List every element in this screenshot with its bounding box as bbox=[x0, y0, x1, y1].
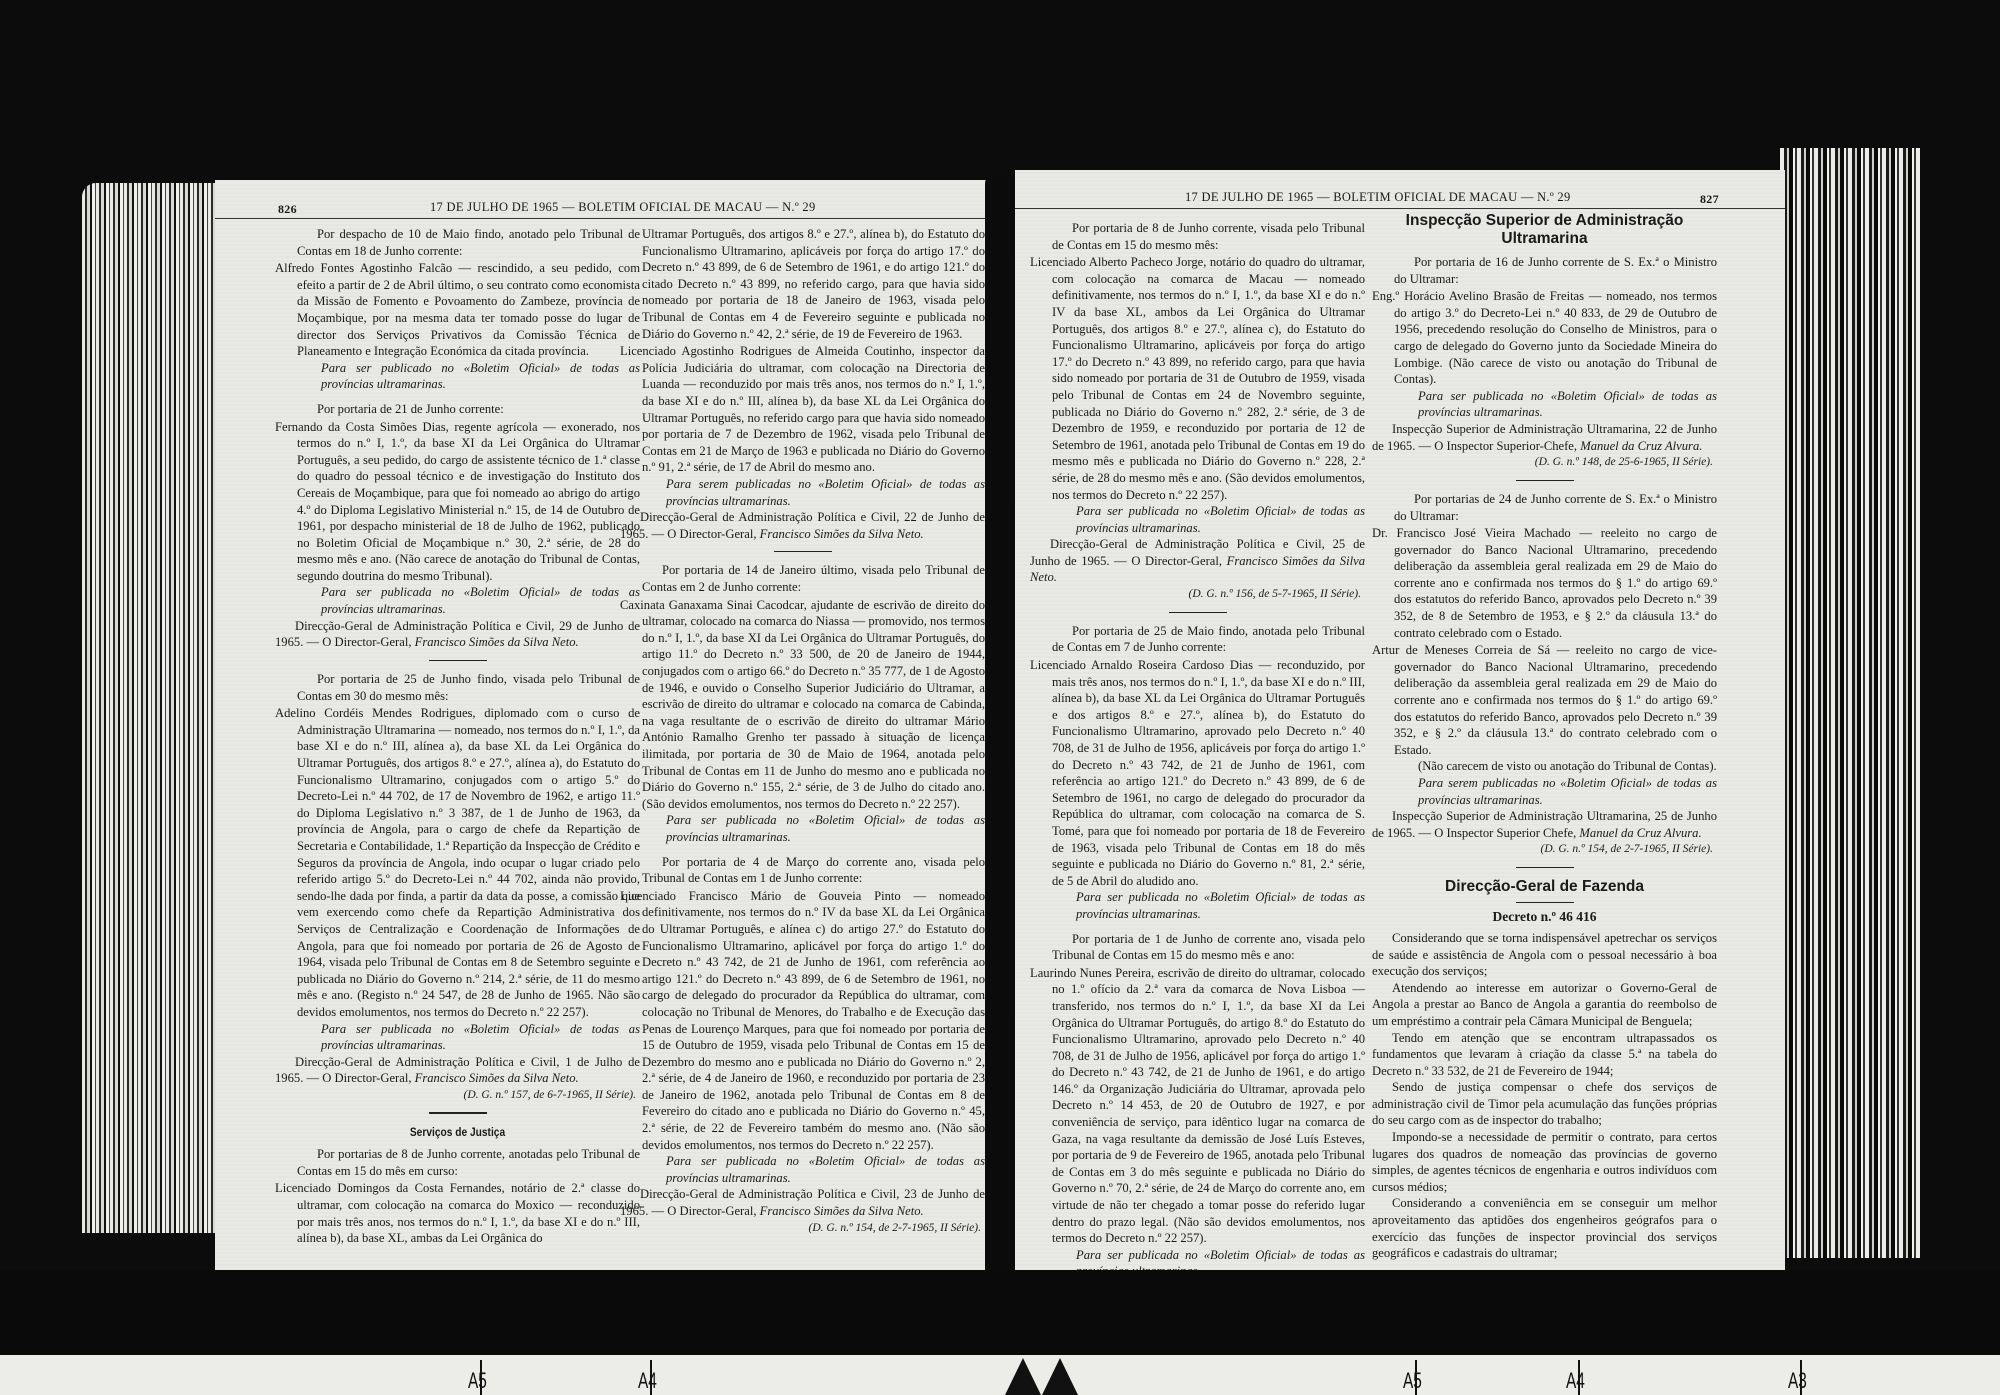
publication-note: Para ser publicada no «Boletim Oficial» … bbox=[275, 1021, 640, 1054]
reference-text: (D. G. n.º 157, de 6-7-1965, II Série). bbox=[463, 1089, 636, 1101]
paragraph-entry: Fernando da Costa Simões Dias, regente a… bbox=[275, 419, 640, 585]
paragraph-intro: Por portarias de 24 de Junho corrente de… bbox=[1372, 491, 1717, 524]
decree-title: Decreto n.º 46 416 bbox=[1372, 909, 1717, 926]
center-marker-left-icon bbox=[1005, 1358, 1041, 1395]
reference-text: (D. G. n.º 154, de 2-7-1965, II Série). bbox=[1540, 843, 1713, 855]
right-page: 17 DE JULHO DE 1965 — BOLETIM OFICIAL DE… bbox=[1015, 170, 1785, 1290]
decree-paragraph: Considerando que se torna indispensável … bbox=[1372, 930, 1717, 980]
paragraph-entry: Adelino Cordéis Mendes Rodrigues, diplom… bbox=[275, 705, 640, 1020]
visa-note: (Não carecem de visto ou anotação do Tri… bbox=[1372, 758, 1717, 775]
paragraph-continuation: Ultramar Português, dos artigos 8.º e 27… bbox=[620, 226, 985, 342]
decree-paragraph: Tendo em atenção que se encontram ultrap… bbox=[1372, 1030, 1717, 1080]
decree-paragraph: Atendendo ao interesse em autorizar o Go… bbox=[1372, 980, 1717, 1030]
center-marker-right-icon bbox=[1042, 1358, 1078, 1395]
publication-note: Para ser publicada no «Boletim Oficial» … bbox=[620, 1153, 985, 1186]
reference-citation: (D. G. n.º 156, de 5-7-1965, II Série). bbox=[1030, 586, 1365, 603]
film-mark-label: A5 bbox=[1403, 1368, 1422, 1394]
signature-line: Direcção-Geral de Administração Política… bbox=[275, 1054, 640, 1087]
paragraph-intro: Por portaria de 8 de Junho corrente, vis… bbox=[1030, 220, 1365, 253]
paragraph-entry: Eng.º Horácio Avelino Brasão de Freitas … bbox=[1372, 288, 1717, 388]
publication-note: Para ser publicada no «Boletim Oficial» … bbox=[275, 584, 640, 617]
publication-note: Para ser publicada no «Boletim Oficial» … bbox=[1372, 388, 1717, 421]
paragraph-entry: Laurindo Nunes Pereira, escrivão de dire… bbox=[1030, 965, 1365, 1247]
scan-shadow bbox=[0, 1270, 2000, 1360]
paragraph-entry: Licenciado Arnaldo Roseira Cardoso Dias … bbox=[1030, 657, 1365, 889]
signature-name: Francisco Simões da Silva Neto. bbox=[760, 1204, 924, 1218]
microfilm-book-scan: 826 17 DE JULHO DE 1965 — BOLETIM OFICIA… bbox=[0, 0, 2000, 1395]
signature-name: Francisco Simões da Silva Neto. bbox=[415, 635, 579, 649]
right-column-2: Inspecção Superior de Administração Ultr… bbox=[1372, 210, 1717, 1262]
film-strip-border bbox=[0, 1355, 2000, 1395]
right-running-head: 17 DE JULHO DE 1965 — BOLETIM OFICIAL DE… bbox=[1015, 182, 1785, 209]
section-title: Direcção-Geral de Fazenda bbox=[1372, 878, 1717, 896]
running-head-title: 17 DE JULHO DE 1965 — BOLETIM OFICIAL DE… bbox=[430, 200, 816, 215]
publication-note: Para ser publicada no «Boletim Oficial» … bbox=[1030, 503, 1365, 536]
film-mark-label: A4 bbox=[638, 1368, 657, 1394]
signature-name: Manuel da Cruz Alvura. bbox=[1580, 439, 1702, 453]
page-number: 827 bbox=[1700, 192, 1719, 207]
decree-paragraph: Considerando a conveniência em se conseg… bbox=[1372, 1195, 1717, 1261]
paragraph-entry: Licenciado Alberto Pacheco Jorge, notári… bbox=[1030, 254, 1365, 503]
signature-line: Inspecção Superior de Administração Ultr… bbox=[1372, 808, 1717, 841]
paragraph-entry: Licenciado Domingos da Costa Fernandes, … bbox=[275, 1180, 640, 1246]
right-page-edges bbox=[1780, 148, 1920, 1258]
paragraph-intro: Por portaria de 16 de Junho corrente de … bbox=[1372, 254, 1717, 287]
reference-citation: (D. G. n.º 154, de 2-7-1965, II Série). bbox=[1372, 841, 1717, 858]
paragraph-entry: Caxinata Ganaxama Sinai Cacodcar, ajudan… bbox=[620, 597, 985, 813]
reference-citation: (D. G. n.º 157, de 6-7-1965, II Série). bbox=[275, 1087, 640, 1104]
divider bbox=[774, 551, 832, 552]
section-title: Inspecção Superior de Administração Ultr… bbox=[1372, 212, 1717, 248]
signature-line: Direcção-Geral de Administração Política… bbox=[620, 1186, 985, 1219]
reference-text: (D. G. n.º 154, de 2-7-1965, II Série). bbox=[808, 1222, 981, 1234]
page-number: 826 bbox=[278, 202, 297, 217]
decree-preamble: Considerando que se torna indispensável … bbox=[1372, 930, 1717, 1262]
left-column-2: Ultramar Português, dos artigos 8.º e 27… bbox=[620, 226, 985, 1236]
left-running-head: 826 17 DE JULHO DE 1965 — BOLETIM OFICIA… bbox=[215, 192, 990, 219]
right-column-1: Por portaria de 8 de Junho corrente, vis… bbox=[1030, 220, 1365, 1346]
film-mark-label: A3 bbox=[1788, 1368, 1807, 1394]
signature-line: Inspecção Superior de Administração Ultr… bbox=[1372, 421, 1717, 454]
paragraph-entry: Alfredo Fontes Agostinho Falcão — rescin… bbox=[275, 260, 640, 360]
paragraph-intro: Por portaria de 4 de Março do corrente a… bbox=[620, 854, 985, 887]
paragraph-entry: Licenciado Francisco Mário de Gouveia Pi… bbox=[620, 888, 985, 1154]
signature-line: Direcção-Geral de Administração Política… bbox=[275, 618, 640, 651]
paragraph-intro: Por portaria de 14 de Janeiro último, vi… bbox=[620, 562, 985, 595]
paragraph-entry: Artur de Meneses Correia de Sá — reeleit… bbox=[1372, 642, 1717, 758]
left-page: 826 17 DE JULHO DE 1965 — BOLETIM OFICIA… bbox=[215, 180, 990, 1290]
divider bbox=[1516, 902, 1574, 903]
film-mark-label: A4 bbox=[1566, 1368, 1585, 1394]
publication-note: Para serem publicadas no «Boletim Oficia… bbox=[1372, 775, 1717, 808]
publication-note: Para ser publicada no «Boletim Oficial» … bbox=[620, 812, 985, 845]
signature-line: Direcção-Geral de Administração Política… bbox=[620, 509, 985, 542]
film-mark-label: A5 bbox=[468, 1368, 487, 1394]
publication-note: Para serem publicadas no «Boletim Oficia… bbox=[620, 476, 985, 509]
decree-paragraph: Impondo-se a necessidade de permitir o c… bbox=[1372, 1129, 1717, 1195]
reference-text: (D. G. n.º 148, de 25-6-1965, II Série). bbox=[1535, 456, 1713, 468]
divider bbox=[1516, 480, 1574, 481]
signature-name: Francisco Simões da Silva Neto. bbox=[415, 1071, 579, 1085]
decree-paragraph: Sendo de justiça compensar o chefe dos s… bbox=[1372, 1079, 1717, 1129]
running-head-title: 17 DE JULHO DE 1965 — BOLETIM OFICIAL DE… bbox=[1185, 190, 1571, 205]
reference-citation: (D. G. n.º 148, de 25-6-1965, II Série). bbox=[1372, 454, 1717, 471]
reference-text: (D. G. n.º 156, de 5-7-1965, II Série). bbox=[1188, 588, 1361, 600]
left-page-edges bbox=[82, 183, 222, 1233]
signature-name: Manuel da Cruz Alvura. bbox=[1579, 826, 1701, 840]
publication-note: Para ser publicado no «Boletim Oficial» … bbox=[275, 360, 640, 393]
paragraph-entry: Licenciado Agostinho Rodrigues de Almeid… bbox=[620, 343, 985, 476]
paragraph-intro: Por despacho de 10 de Maio findo, anotad… bbox=[275, 226, 640, 259]
divider bbox=[1169, 612, 1227, 613]
paragraph-intro: Por portaria de 25 de Maio findo, anotad… bbox=[1030, 623, 1365, 656]
divider bbox=[1516, 867, 1574, 868]
paragraph-intro: Por portarias de 8 de Junho corrente, an… bbox=[275, 1146, 640, 1179]
paragraph-intro: Por portaria de 25 de Junho findo, visad… bbox=[275, 671, 640, 704]
section-title: Serviços de Justiça bbox=[302, 1124, 612, 1141]
paragraph-entry: Dr. Francisco José Vieira Machado — reel… bbox=[1372, 525, 1717, 641]
signature-name: Francisco Simões da Silva Neto. bbox=[760, 527, 924, 541]
publication-note: Para ser publicada no «Boletim Oficial» … bbox=[1030, 889, 1365, 922]
paragraph-intro: Por portaria de 21 de Junho corrente: bbox=[275, 401, 640, 418]
divider bbox=[429, 1112, 487, 1113]
reference-citation: (D. G. n.º 154, de 2-7-1965, II Série). bbox=[620, 1220, 985, 1237]
divider bbox=[429, 660, 487, 661]
signature-line: Direcção-Geral de Administração Política… bbox=[1030, 536, 1365, 586]
paragraph-intro: Por portaria de 1 de Junho de corrente a… bbox=[1030, 931, 1365, 964]
left-column-1: Por despacho de 10 de Maio findo, anotad… bbox=[275, 226, 640, 1247]
